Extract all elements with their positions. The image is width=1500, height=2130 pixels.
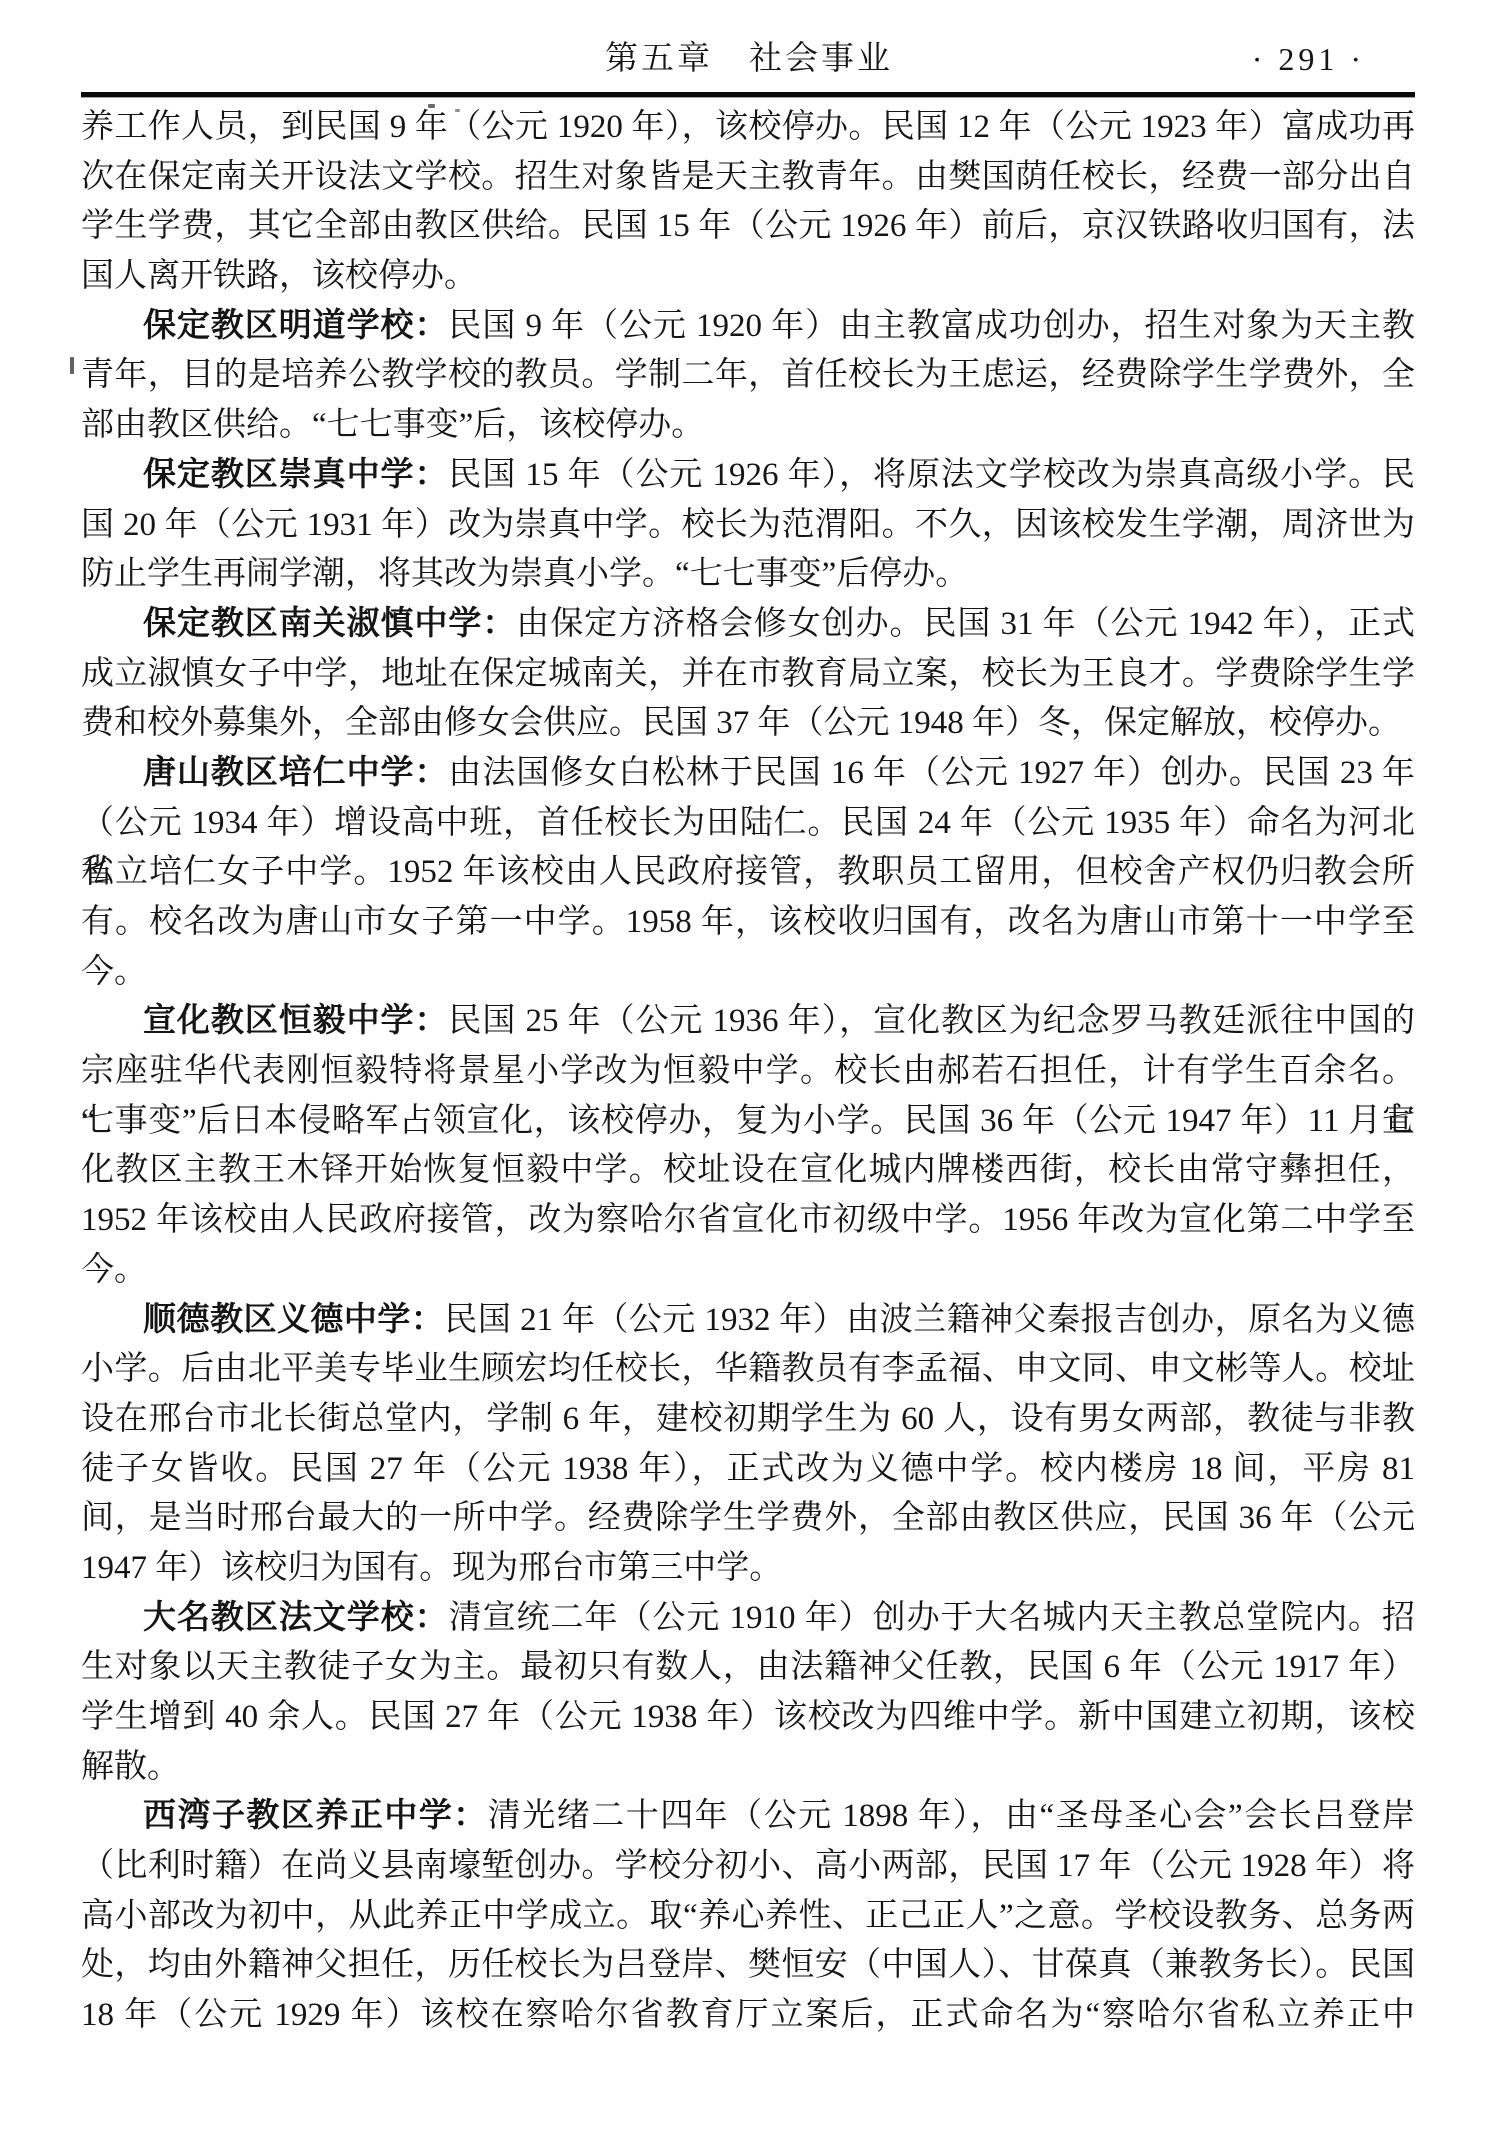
- text-line: 高小部改为初中，从此养正中学成立。取“养心养性、正己正人”之意。学校设教务、总务…: [81, 1892, 1415, 1942]
- book-page: 第五章 社会事业 · 291 · 养工作人员，到民国 9 年（公元 1920 年…: [0, 0, 1500, 2130]
- text-line: 顺德教区义德中学：民国 21 年（公元 1932 年）由波兰籍神父秦报吉创办，原…: [81, 1296, 1415, 1346]
- text-line: 设在邢台市北长街总堂内，学制 6 年，建校初期学生为 60 人，设有男女两部，教…: [81, 1395, 1415, 1445]
- text-line: 学生学费，其它全部由教区供给。民国 15 年（公元 1926 年）前后，京汉铁路…: [81, 202, 1415, 252]
- page-number: · 291 ·: [1252, 38, 1365, 80]
- text-line: 七事变”后日本侵略军占领宣化，该校停办，复为小学。民国 36 年（公元 1947…: [81, 1097, 1415, 1147]
- text-line: 国 20 年（公元 1931 年）改为崇真中学。校长为范渭阳。不久，因该校发生学…: [81, 501, 1415, 551]
- text-line: 国人离开铁路，该校停办。: [81, 252, 1415, 302]
- text-line: 西湾子教区养正中学：清光绪二十四年（公元 1898 年），由“圣母圣心会”会长吕…: [81, 1792, 1415, 1842]
- text-line: 1952 年该校由人民政府接管，改为察哈尔省宣化市初级中学。1956 年改为宣化…: [81, 1196, 1415, 1246]
- school-entry-name: 保定教区明道学校：: [143, 308, 448, 344]
- text-line: 部由教区供给。“七七事变”后，该校停办。: [81, 401, 1415, 451]
- text-line: （比利时籍）在尚义县南壕堑创办。学校分初小、高小两部，民国 17 年（公元 19…: [81, 1842, 1415, 1892]
- text-line: 保定教区南关淑慎中学：由保定方济格会修女创办。民国 31 年（公元 1942 年…: [81, 600, 1415, 650]
- text-line: 保定教区明道学校：民国 9 年（公元 1920 年）由主教富成功创办，招生对象为…: [81, 302, 1415, 352]
- text-line: 成立淑慎女子中学，地址在保定城南关，并在市教育局立案，校长为王良才。学费除学生学: [81, 650, 1415, 700]
- text-line: 次在保定南关开设法文学校。招生对象皆是天主教青年。由樊国荫任校长，经费一部分出自: [81, 153, 1415, 203]
- school-entry-name: 顺德教区义德中学：: [143, 1302, 444, 1338]
- text-line: 解散。: [81, 1743, 1415, 1793]
- school-entry-name: 西湾子教区养正中学：: [143, 1798, 488, 1834]
- text-line: 宣化教区恒毅中学：民国 25 年（公元 1936 年），宣化教区为纪念罗马教廷派…: [81, 997, 1415, 1047]
- text-line: 小学。后由北平美专毕业生顾宏均任校长，华籍教员有李孟福、申文同、申文彬等人。校址: [81, 1345, 1415, 1395]
- text-line: 徒子女皆收。民国 27 年（公元 1938 年），正式改为义德中学。校内楼房 1…: [81, 1445, 1415, 1495]
- text-lines: 养工作人员，到民国 9 年（公元 1920 年），该校停办。民国 12 年（公元…: [81, 103, 1415, 2041]
- school-entry-name: 唐山教区培仁中学：: [143, 755, 448, 791]
- running-head: 第五章 社会事业 · 291 ·: [83, 38, 1415, 80]
- school-entry-name: 宣化教区恒毅中学：: [143, 1003, 448, 1039]
- text-line: 生对象以天主教徒子女为主。最初只有数人，由法籍神父任教，民国 6 年（公元 19…: [81, 1643, 1415, 1693]
- text-line: 私立培仁女子中学。1952 年该校由人民政府接管，教职员工留用，但校舍产权仍归教…: [81, 848, 1415, 898]
- school-entry-name: 大名教区法文学校：: [143, 1600, 449, 1636]
- text-line: 18 年（公元 1929 年）该校在察哈尔省教育厅立案后，正式命名为“察哈尔省私…: [81, 1991, 1415, 2041]
- text-line: 大名教区法文学校：清宣统二年（公元 1910 年）创办于大名城内天主教总堂院内。…: [81, 1594, 1415, 1644]
- text-line: 学生增到 40 余人。民国 27 年（公元 1938 年）该校改为四维中学。新中…: [81, 1693, 1415, 1743]
- text-line: 今。: [81, 948, 1415, 998]
- school-entry-name: 保定教区崇真中学：: [143, 457, 448, 493]
- scan-artifact: [70, 357, 74, 374]
- text-line: 费和校外募集外，全部由修女会供应。民国 37 年（公元 1948 年）冬，保定解…: [81, 699, 1415, 749]
- text-line: 唐山教区培仁中学：由法国修女白松林于民国 16 年（公元 1927 年）创办。民…: [81, 749, 1415, 799]
- text-line: 今。: [81, 1246, 1415, 1296]
- text-line: 1947 年）该校归为国有。现为邢台市第三中学。: [81, 1544, 1415, 1594]
- text-line: 保定教区崇真中学：民国 15 年（公元 1926 年），将原法文学校改为崇真高级…: [81, 451, 1415, 501]
- text-line: 间，是当时邢台最大的一所中学。经费除学生学费外，全部由教区供应，民国 36 年（…: [81, 1494, 1415, 1544]
- header-rule: [81, 92, 1415, 97]
- text-line: 处，均由外籍神父担任，历任校长为吕登岸、樊恒安（中国人）、甘葆真（兼教务长）。民…: [81, 1941, 1415, 1991]
- school-entry-name: 保定教区南关淑慎中学：: [143, 606, 516, 642]
- text-line: （公元 1934 年）增设高中班，首任校长为田陆仁。民国 24 年（公元 193…: [81, 799, 1415, 849]
- text-line: 养工作人员，到民国 9 年（公元 1920 年），该校停办。民国 12 年（公元…: [81, 103, 1415, 153]
- text-line: 青年，目的是培养公教学校的教员。学制二年，首任校长为王虑运，经费除学生学费外，全: [81, 351, 1415, 401]
- text-line: 有。校名改为唐山市女子第一中学。1958 年，该校收归国有，改名为唐山市第十一中…: [81, 898, 1415, 948]
- text-line: 防止学生再闹学潮，将其改为崇真小学。“七七事变”后停办。: [81, 550, 1415, 600]
- text-line: 化教区主教王木铎开始恢复恒毅中学。校址设在宣化城内牌楼西街，校长由常守彝担任，: [81, 1146, 1415, 1196]
- text-line: 宗座驻华代表刚恒毅特将景星小学改为恒毅中学。校长由郝若石担任，计有学生百余名。“…: [81, 1047, 1415, 1097]
- chapter-title: 第五章 社会事业: [83, 38, 1415, 80]
